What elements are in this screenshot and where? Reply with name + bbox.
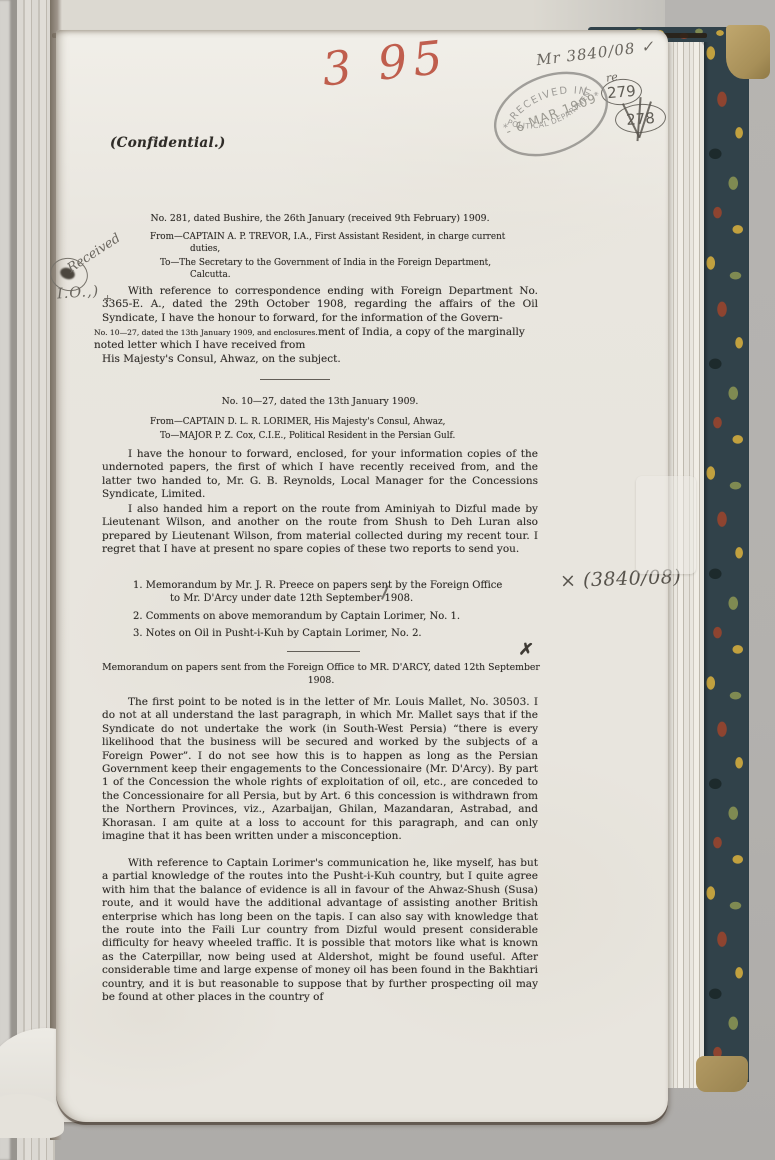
confidential-label: (Confidential.) [110,135,226,151]
list-item: 2. Comments on above memorandum by Capta… [133,610,515,623]
leather-corner-bottom [696,1056,748,1092]
left-page-edge-outer [0,0,12,1160]
letter1-from-line: From—CAPTAIN A. P. TREVOR, I.A., First A… [150,232,505,243]
pencil-cross-mark: ✗ [518,639,535,661]
letter1-paragraph-part1: With reference to correspondence ending … [102,285,538,325]
letter1-from-carry: duties, [190,244,220,255]
letter1-to-carry: Calcutta. [190,270,231,281]
letter2-to-line: To—MAJOR P. Z. Cox, C.I.E., Political Re… [160,431,455,442]
leather-corner-top [726,25,770,79]
india-office-note: I.O.,) [56,284,99,303]
memorandum-heading-line1: Memorandum on papers sent from the Forei… [96,662,546,674]
letter2-paragraph-1: I have the honour to forward, enclosed, … [102,448,538,502]
letter1-marginal-note: No. 10—27, dated the 13th January 1909, … [94,326,318,337]
letter1-paragraph-part2-block: No. 10—27, dated the 13th January 1909, … [94,326,538,353]
letter2-heading: No. 10—27, dated the 13th January 1909. [102,396,538,408]
list-item: 1. Memorandum by Mr. J. R. Preece on pap… [133,579,515,606]
section-divider-2 [287,651,360,652]
pencil-plus-mark: + [103,292,112,305]
letter1-to-line: To—The Secretary to the Government of In… [160,258,491,269]
letter1-heading: No. 281, dated Bushire, the 26th January… [102,213,538,225]
tissue-guard-corner [636,476,696,574]
list-item: 3. Notes on Oil in Pusht-i-Kuh by Captai… [133,627,515,640]
enclosure-list: 1. Memorandum by Mr. J. R. Preece on pap… [133,579,515,641]
memorandum-heading-line2: 1908. [96,675,546,687]
letter1-paragraph-part3: His Majesty's Consul, Ahwaz, on the subj… [102,353,538,366]
letter2-from-line: From—CAPTAIN D. L. R. LORIMER, His Majes… [150,417,445,428]
memorandum-paragraph-1: The first point to be noted is in the le… [102,696,538,843]
archive-photo: (Confidential.) No. 281, dated Bushire, … [0,0,775,1160]
marbled-cover [704,32,749,1082]
red-folio-number: 3 95 [320,34,451,93]
section-divider-1 [260,379,330,380]
letter2-paragraph-2: I also handed him a report on the route … [102,503,538,557]
memorandum-paragraph-2: With reference to Captain Lorimer's comm… [102,857,538,1004]
